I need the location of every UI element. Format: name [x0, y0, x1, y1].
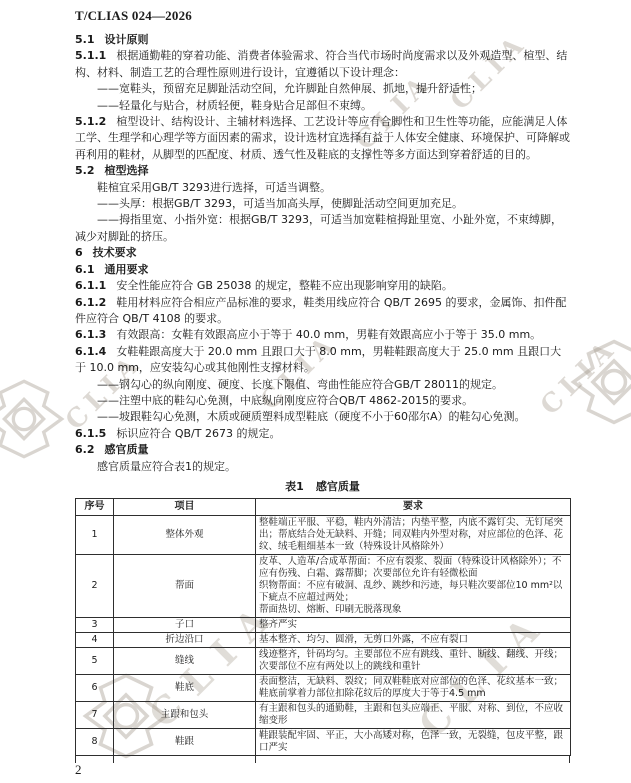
- dash-item: ——宽鞋头，预留充足脚趾活动空间，允许脚趾自然伸展、抓地，提升舒适性；: [75, 81, 570, 97]
- cell-index: 7: [76, 701, 114, 728]
- clause-text: 鞋用材料应符合相应产品标准的要求，鞋类用线应符合 QB/T 2695 的要求，金…: [75, 296, 566, 325]
- cell-item: 帮面: [114, 554, 256, 617]
- dash-text: ——拇指里宽、小指外宽：根据GB/T 3293，可适当加宽鞋楦拇趾里宽、小趾外宽…: [75, 213, 562, 242]
- cell-index: 2: [76, 554, 114, 617]
- heading-text: 楦型选择: [105, 164, 149, 177]
- clause-number: 5.1.1: [75, 49, 106, 62]
- dash-text: ——头厚：根据GB/T 3293，可适当加高头厚，使脚趾活动空间更加充足。: [97, 197, 463, 210]
- clause-text: 安全性能应符合 GB 25038 的规定，整鞋不应出现影响穿用的缺陷。: [116, 279, 453, 292]
- cell-item: 缝线: [114, 647, 256, 674]
- standard-number-header: T/CLIAS 024—2026: [75, 8, 570, 24]
- clause-number: 6: [75, 246, 83, 259]
- cell-requirement: 整齐严实: [256, 617, 571, 632]
- cell-index: 1: [76, 515, 114, 554]
- clause-number: 6.1.1: [75, 279, 106, 292]
- clause-number: 6.1.4: [75, 345, 106, 358]
- clause-number: 5.2: [75, 164, 95, 177]
- clause-text: 女鞋鞋跟高度大于 20.0 mm 且跟口大于 8.0 mm，男鞋鞋跟高度大于 2…: [75, 345, 561, 374]
- table-caption: 表1感官质量: [75, 478, 570, 494]
- cell-requirement: 整鞋端正平服、平稳，鞋内外清洁；内垫平整，内底不露钉尖、无钉尾突出；帮底结合处无…: [256, 515, 571, 554]
- document-body: 5.1设计原则 5.1.1根据通勤鞋的穿着功能、消费者体验需求、符合当代市场时尚…: [75, 32, 570, 475]
- heading-5-2: 5.2楦型选择: [75, 163, 570, 179]
- heading-text: 技术要求: [93, 246, 137, 259]
- clause-6-1-4: 6.1.4女鞋鞋跟高度大于 20.0 mm 且跟口大于 8.0 mm，男鞋鞋跟高…: [75, 344, 570, 377]
- table-row: 5 缝线 线迹整齐，针码均匀。主要部位不应有跳线、重针、断线、翻线、开线；次要部…: [76, 647, 571, 674]
- clause-6-2-text: 感官质量应符合表1的规定。: [75, 459, 570, 475]
- table-row: 3 子口 整齐严实: [76, 617, 571, 632]
- dash-text: ——钢勾心的纵向刚度、硬度、长度下限值、弯曲性能应符合GB/T 28011的规定…: [97, 378, 503, 391]
- dash-item: ——坡跟鞋勾心免测，木质或硬质塑料成型鞋底（硬度不小于60邵尔A）的鞋勾心免测。: [75, 409, 570, 425]
- heading-5-1: 5.1设计原则: [75, 32, 570, 48]
- cell-requirement: 有主跟和包头的通勤鞋，主跟和包头应端正、平服、对称、到位，不应收缩变形: [256, 701, 571, 728]
- clause-text: 感官质量应符合表1的规定。: [97, 460, 236, 473]
- clause-text: 楦型设计、结构设计、主辅材料选择、工艺设计等应有合脚性和卫生性等功能，应能满足人…: [75, 115, 570, 161]
- dash-item: ——轻量化与贴合，材质轻便，鞋身贴合足部但不束缚。: [75, 98, 570, 114]
- dash-item: ——注塑中底的鞋勾心免测，中底纵向刚度应符合QB/T 4862-2015的要求。: [75, 393, 570, 409]
- table-caption-title: 感官质量: [316, 480, 360, 493]
- clause-text: 根据通勤鞋的穿着功能、消费者体验需求、符合当代市场时尚度需求以及外观造型、楦型、…: [75, 49, 567, 78]
- clause-5-1-1: 5.1.1根据通勤鞋的穿着功能、消费者体验需求、符合当代市场时尚度需求以及外观造…: [75, 48, 570, 81]
- heading-text: 设计原则: [105, 33, 149, 46]
- table-row: 1 整体外观 整鞋端正平服、平稳，鞋内外清洁；内垫平整，内底不露钉尖、无钉尾突出…: [76, 515, 571, 554]
- table-row: 7 主跟和包头 有主跟和包头的通勤鞋，主跟和包头应端正、平服、对称、到位，不应收…: [76, 701, 571, 728]
- heading-6-1: 6.1通用要求: [75, 262, 570, 278]
- heading-text: 通用要求: [105, 263, 149, 276]
- clause-number: 5.1.2: [75, 115, 106, 128]
- clause-text: 鞋楦宜采用GB/T 3293进行选择，可适当调整。: [97, 181, 331, 194]
- dash-text: ——坡跟鞋勾心免测，木质或硬质塑料成型鞋底（硬度不小于60邵尔A）的鞋勾心免测。: [97, 410, 526, 423]
- heading-6: 6技术要求: [75, 245, 570, 261]
- clause-5-1-2: 5.1.2楦型设计、结构设计、主辅材料选择、工艺设计等应有合脚性和卫生性等功能，…: [75, 114, 570, 163]
- dash-item: ——钢勾心的纵向刚度、硬度、长度下限值、弯曲性能应符合GB/T 28011的规定…: [75, 377, 570, 393]
- clause-6-1-3: 6.1.3有效跟高：女鞋有效跟高应小于等于 40.0 mm，男鞋有效跟高应小于等…: [75, 327, 570, 343]
- clause-text: 有效跟高：女鞋有效跟高应小于等于 40.0 mm，男鞋有效跟高应小于等于 35.…: [116, 328, 541, 341]
- table-header-row: 序号 项目 要求: [76, 498, 571, 515]
- cell-item: 鞋跟: [114, 728, 256, 755]
- clause-6-1-1: 6.1.1安全性能应符合 GB 25038 的规定，整鞋不应出现影响穿用的缺陷。: [75, 278, 570, 294]
- table-caption-label: 表1: [285, 480, 304, 493]
- cell-requirement: 表面整洁，无缺料、裂纹；同双鞋鞋底对应部位的色泽、花纹基本一致；鞋底前掌着力部位…: [256, 674, 571, 701]
- cell-index: 5: [76, 647, 114, 674]
- clause-number: 5.1: [75, 33, 95, 46]
- cell-requirement: 皮革、人造革/合成革帮面：不应有裂浆、裂面（特殊设计风格除外）；不应有伤残、白霜…: [256, 554, 571, 617]
- cell-item: 整体外观: [114, 515, 256, 554]
- table-row: 2 帮面 皮革、人造革/合成革帮面：不应有裂浆、裂面（特殊设计风格除外）；不应有…: [76, 554, 571, 617]
- cell-index: 6: [76, 674, 114, 701]
- cell-item: 子口: [114, 617, 256, 632]
- cell-index: 4: [76, 632, 114, 647]
- table-continuation-stubs: [75, 756, 570, 763]
- clause-text: 标识应符合 QB/T 2673 的规定。: [116, 427, 280, 440]
- cell-item: 鞋底: [114, 674, 256, 701]
- heading-text: 感官质量: [105, 443, 149, 456]
- clause-number: 6.1.2: [75, 296, 106, 309]
- cell-requirement: 基本整齐、均匀、圆滑，无剪口外露，不应有裂口: [256, 632, 571, 647]
- document-page: CLIA CLIA CLIA CLIA CLIA CLIA CLIA: [0, 0, 631, 783]
- table-row: 4 折边沿口 基本整齐、均匀、圆滑，无剪口外露，不应有裂口: [76, 632, 571, 647]
- clause-6-1-2: 6.1.2鞋用材料应符合相应产品标准的要求，鞋类用线应符合 QB/T 2695 …: [75, 295, 570, 328]
- clause-5-2-text: 鞋楦宜采用GB/T 3293进行选择，可适当调整。: [75, 180, 570, 196]
- seal-watermark-icon: [570, 338, 631, 426]
- clause-number: 6.1.5: [75, 427, 106, 440]
- dash-text: ——宽鞋头，预留充足脚趾活动空间，允许脚趾自然伸展、抓地，提升舒适性；: [97, 82, 482, 95]
- cell-requirement: 线迹整齐，针码均匀。主要部位不应有跳线、重针、断线、翻线、开线；次要部位不应有两…: [256, 647, 571, 674]
- page-content: T/CLIAS 024—2026 5.1设计原则 5.1.1根据通勤鞋的穿着功能…: [75, 8, 570, 763]
- dash-text: ——注塑中底的鞋勾心免测，中底纵向刚度应符合QB/T 4862-2015的要求。: [97, 394, 473, 407]
- dash-text: ——轻量化与贴合，材质轻便，鞋身贴合足部但不束缚。: [97, 99, 372, 112]
- heading-6-2: 6.2感官质量: [75, 442, 570, 458]
- clause-number: 6.1.3: [75, 328, 106, 341]
- page-number: 2: [75, 762, 82, 778]
- header-index: 序号: [76, 498, 114, 515]
- dash-item: ——拇指里宽、小指外宽：根据GB/T 3293，可适当加宽鞋楦拇趾里宽、小趾外宽…: [75, 212, 570, 245]
- cell-index: 3: [76, 617, 114, 632]
- header-item: 项目: [114, 498, 256, 515]
- dash-item: ——头厚：根据GB/T 3293，可适当加高头厚，使脚趾活动空间更加充足。: [75, 196, 570, 212]
- cell-item: 主跟和包头: [114, 701, 256, 728]
- cell-index: 8: [76, 728, 114, 755]
- sensory-quality-table: 序号 项目 要求 1 整体外观 整鞋端正平服、平稳，鞋内外清洁；内垫平整，内底不…: [75, 498, 571, 756]
- cell-item: 折边沿口: [114, 632, 256, 647]
- clause-number: 6.2: [75, 443, 95, 456]
- header-requirement: 要求: [256, 498, 571, 515]
- clause-6-1-5: 6.1.5标识应符合 QB/T 2673 的规定。: [75, 426, 570, 442]
- table-row: 6 鞋底 表面整洁，无缺料、裂纹；同双鞋鞋底对应部位的色泽、花纹基本一致；鞋底前…: [76, 674, 571, 701]
- table-row: 8 鞋跟 鞋跟装配牢固、平正，大小高矮对称，色泽一致，无裂缝，包皮平整，跟口严实: [76, 728, 571, 755]
- clause-number: 6.1: [75, 263, 95, 276]
- cell-requirement: 鞋跟装配牢固、平正，大小高矮对称，色泽一致，无裂缝，包皮平整，跟口严实: [256, 728, 571, 755]
- seal-watermark-icon: [0, 378, 68, 460]
